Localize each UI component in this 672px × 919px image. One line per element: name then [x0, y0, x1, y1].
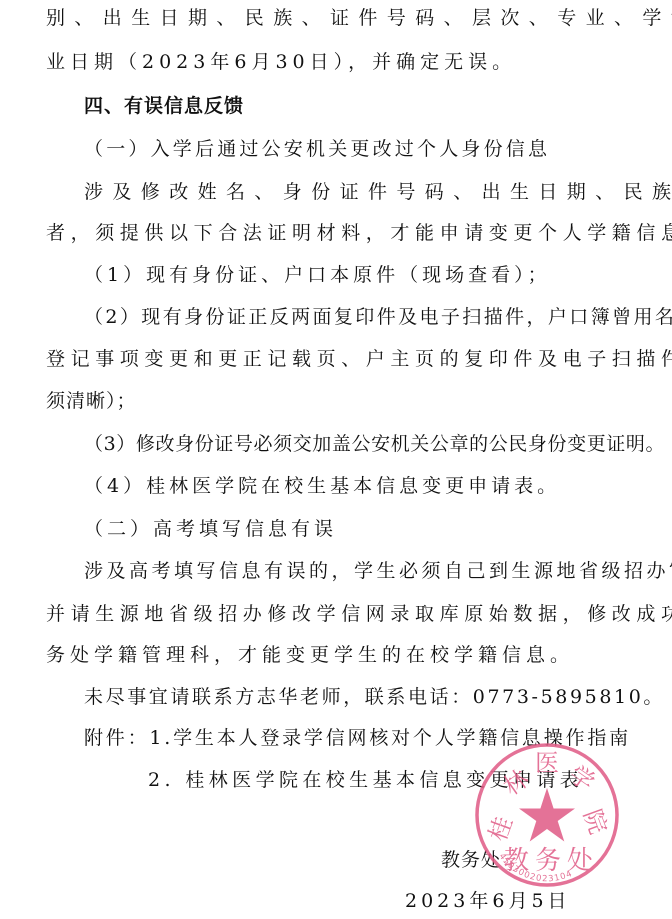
list-item: （1）现有身份证、户口本原件（现场查看）；	[84, 263, 551, 287]
list-item: （2）现有身份证正反两面复印件及电子扫描件，户口簿曾用名页、	[84, 305, 672, 329]
official-seal-stamp: 桂 林 医 学 院 教 务 处 4503002023104	[473, 741, 621, 889]
list-item: （3）修改身份证号必须交加盖公安机关公章的公民身份变更证明。	[84, 432, 665, 456]
section-heading: 四、有误信息反馈	[84, 94, 244, 118]
svg-text:医: 医	[535, 749, 559, 777]
body-line: 业日期（2023年6月30日），并确定无误。	[46, 50, 516, 74]
list-item: （4）桂林医学院在校生基本信息变更申请表。	[84, 474, 560, 498]
subsection-heading: （一）入学后通过公安机关更改过个人身份信息	[84, 137, 550, 161]
body-line: 涉及修改姓名、身份证件号码、出生日期、民族等个人关键信息	[84, 180, 672, 204]
body-line: 别、出生日期、民族、证件号码、层次、专业、学制、学号和预计毕	[46, 6, 672, 30]
star-icon	[519, 788, 575, 842]
svg-text:院: 院	[578, 806, 613, 838]
subsection-heading: （二）高考填写信息有误	[84, 517, 337, 541]
body-line: 并请生源地省级招办修改学信网录取库原始数据，修改成功后致电教	[46, 602, 672, 626]
body-line: 务处学籍管理科，才能变更学生的在校学籍信息。	[46, 643, 574, 667]
document-date: 2023年6月5日	[405, 886, 571, 913]
svg-text:务: 务	[535, 846, 561, 876]
svg-text:桂: 桂	[483, 813, 518, 845]
list-item: 须清晰）；	[46, 389, 137, 413]
svg-text:林: 林	[498, 764, 534, 801]
list-item: 登记事项变更和更正记载页、户主页的复印件及电子扫描件（印章必	[46, 347, 672, 371]
body-line: 者，须提供以下合法证明材料，才能申请变更个人学籍信息：	[46, 221, 672, 245]
contact-line: 未尽事宜请联系方志华老师，联系电话：0773-5895810。	[84, 685, 665, 709]
body-line: 涉及高考填写信息有误的，学生必须自己到生源地省级招办审核，	[84, 559, 672, 583]
